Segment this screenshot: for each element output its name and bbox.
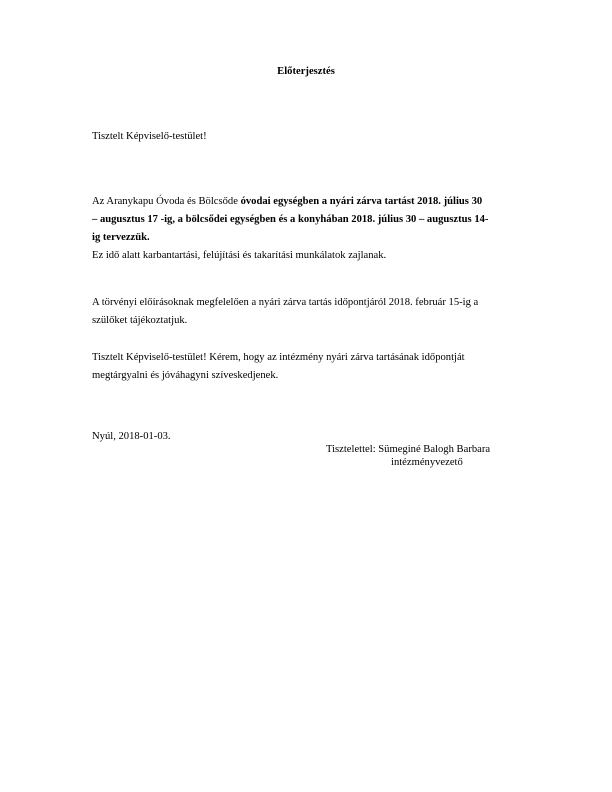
paragraph-3-line-1: Tisztelt Képviselő-testület! Kérem, hogy… bbox=[92, 352, 465, 363]
paragraph-1-line-4: Ez idő alatt karbantartási, felújítási é… bbox=[92, 250, 386, 261]
salutation: Tisztelt Képviselő-testület! bbox=[92, 131, 207, 142]
paragraph-1-line-1-bold: óvodai egységben a nyári zárva tartást 2… bbox=[241, 196, 483, 207]
paragraph-3-line-2: megtárgyalni és jóváhagyni szíveskedjene… bbox=[92, 370, 278, 381]
paragraph-1-line-2: – augusztus 17 -ig, a bölcsődei egységbe… bbox=[92, 214, 488, 225]
paragraph-2-line-1: A törvényi előírásoknak megfelelően a ny… bbox=[92, 297, 478, 308]
paragraph-1-line-2-bold: – augusztus 17 -ig, a bölcsődei egységbe… bbox=[92, 214, 488, 225]
paragraph-1-line-3-bold: ig tervezzük. bbox=[92, 232, 150, 243]
document-title: Előterjesztés bbox=[0, 66, 612, 77]
paragraph-1-line-1-regular: Az Aranykapu Óvoda és Bölcsőde bbox=[92, 196, 241, 207]
signature-title: intézményvezető bbox=[391, 457, 463, 468]
paragraph-1-line-1: Az Aranykapu Óvoda és Bölcsőde óvodai eg… bbox=[92, 196, 482, 207]
place-date: Nyúl, 2018-01-03. bbox=[92, 431, 171, 442]
paragraph-1-line-3: ig tervezzük. bbox=[92, 232, 150, 243]
paragraph-2-line-2: szülőket tájékoztatjuk. bbox=[92, 315, 187, 326]
signature-name: Tisztelettel: Sümeginé Balogh Barbara bbox=[326, 444, 490, 455]
